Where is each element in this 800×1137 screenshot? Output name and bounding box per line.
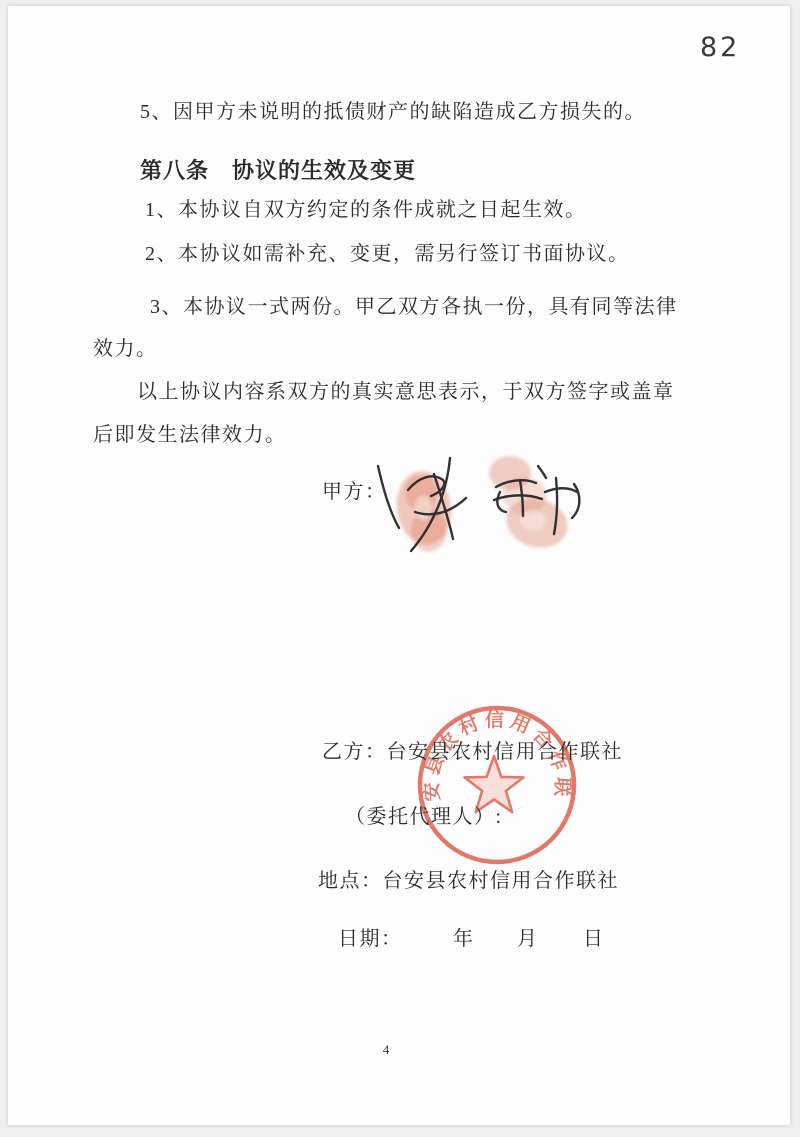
date-day-label: 日 [583,929,605,949]
document-page: 82 5、因甲方未说明的抵债财产的缺陷造成乙方损失的。 第八条 协议的生效及变更… [8,6,790,1125]
agent-label: （委托代理人）: [345,807,503,827]
official-seal-drawing: 台安县农村信用合作联社 · · · · · · · · · · · · · · … [415,703,595,883]
article-8-item-3-line-2: 效力。 [93,339,158,359]
party-a-signature-area [373,448,593,588]
location-name: 台安县农村信用合作联社 [383,870,620,892]
page-footer-number: 4 [370,1042,402,1058]
article-8-heading: 第八条 协议的生效及变更 [140,160,416,182]
party-b-name: 台安县农村信用合作联社 [387,741,624,763]
seal-star-icon [465,756,524,812]
closing-statement-line-2: 后即发生法律效力。 [93,425,287,445]
party-b-label: 乙方： [322,741,387,763]
date-label: 日期： [338,929,403,949]
article-8-item-2: 2、本协议如需补充、变更，需另行签订书面协议。 [145,244,630,264]
party-b-line: 乙方：台安县农村信用合作联社 [322,742,623,762]
article-8-item-1: 1、本协议自双方约定的条件成就之日起生效。 [145,200,587,220]
clause-5-text: 5、因甲方未说明的抵债财产的缺陷造成乙方损失的。 [140,102,646,122]
closing-statement-line-1: 以上协议内容系双方的真实意思表示，于双方签字或盖章 [137,382,675,402]
location-line: 地点：台安县农村信用合作联社 [318,871,619,891]
party-a-signature-drawing [373,448,593,588]
official-seal: 台安县农村信用合作联社 · · · · · · · · · · · · · · … [415,703,595,883]
date-year-label: 年 [453,929,475,949]
scanned-document: { "page": { "stamp_number": "82", "foote… [0,0,800,1137]
location-label: 地点： [318,870,383,892]
page-stamp-number: 82 [700,32,740,63]
article-8-item-3-line-1: 3、本协议一式两份。甲乙双方各执一份，具有同等法律 [150,297,678,317]
date-month-label: 月 [517,929,539,949]
